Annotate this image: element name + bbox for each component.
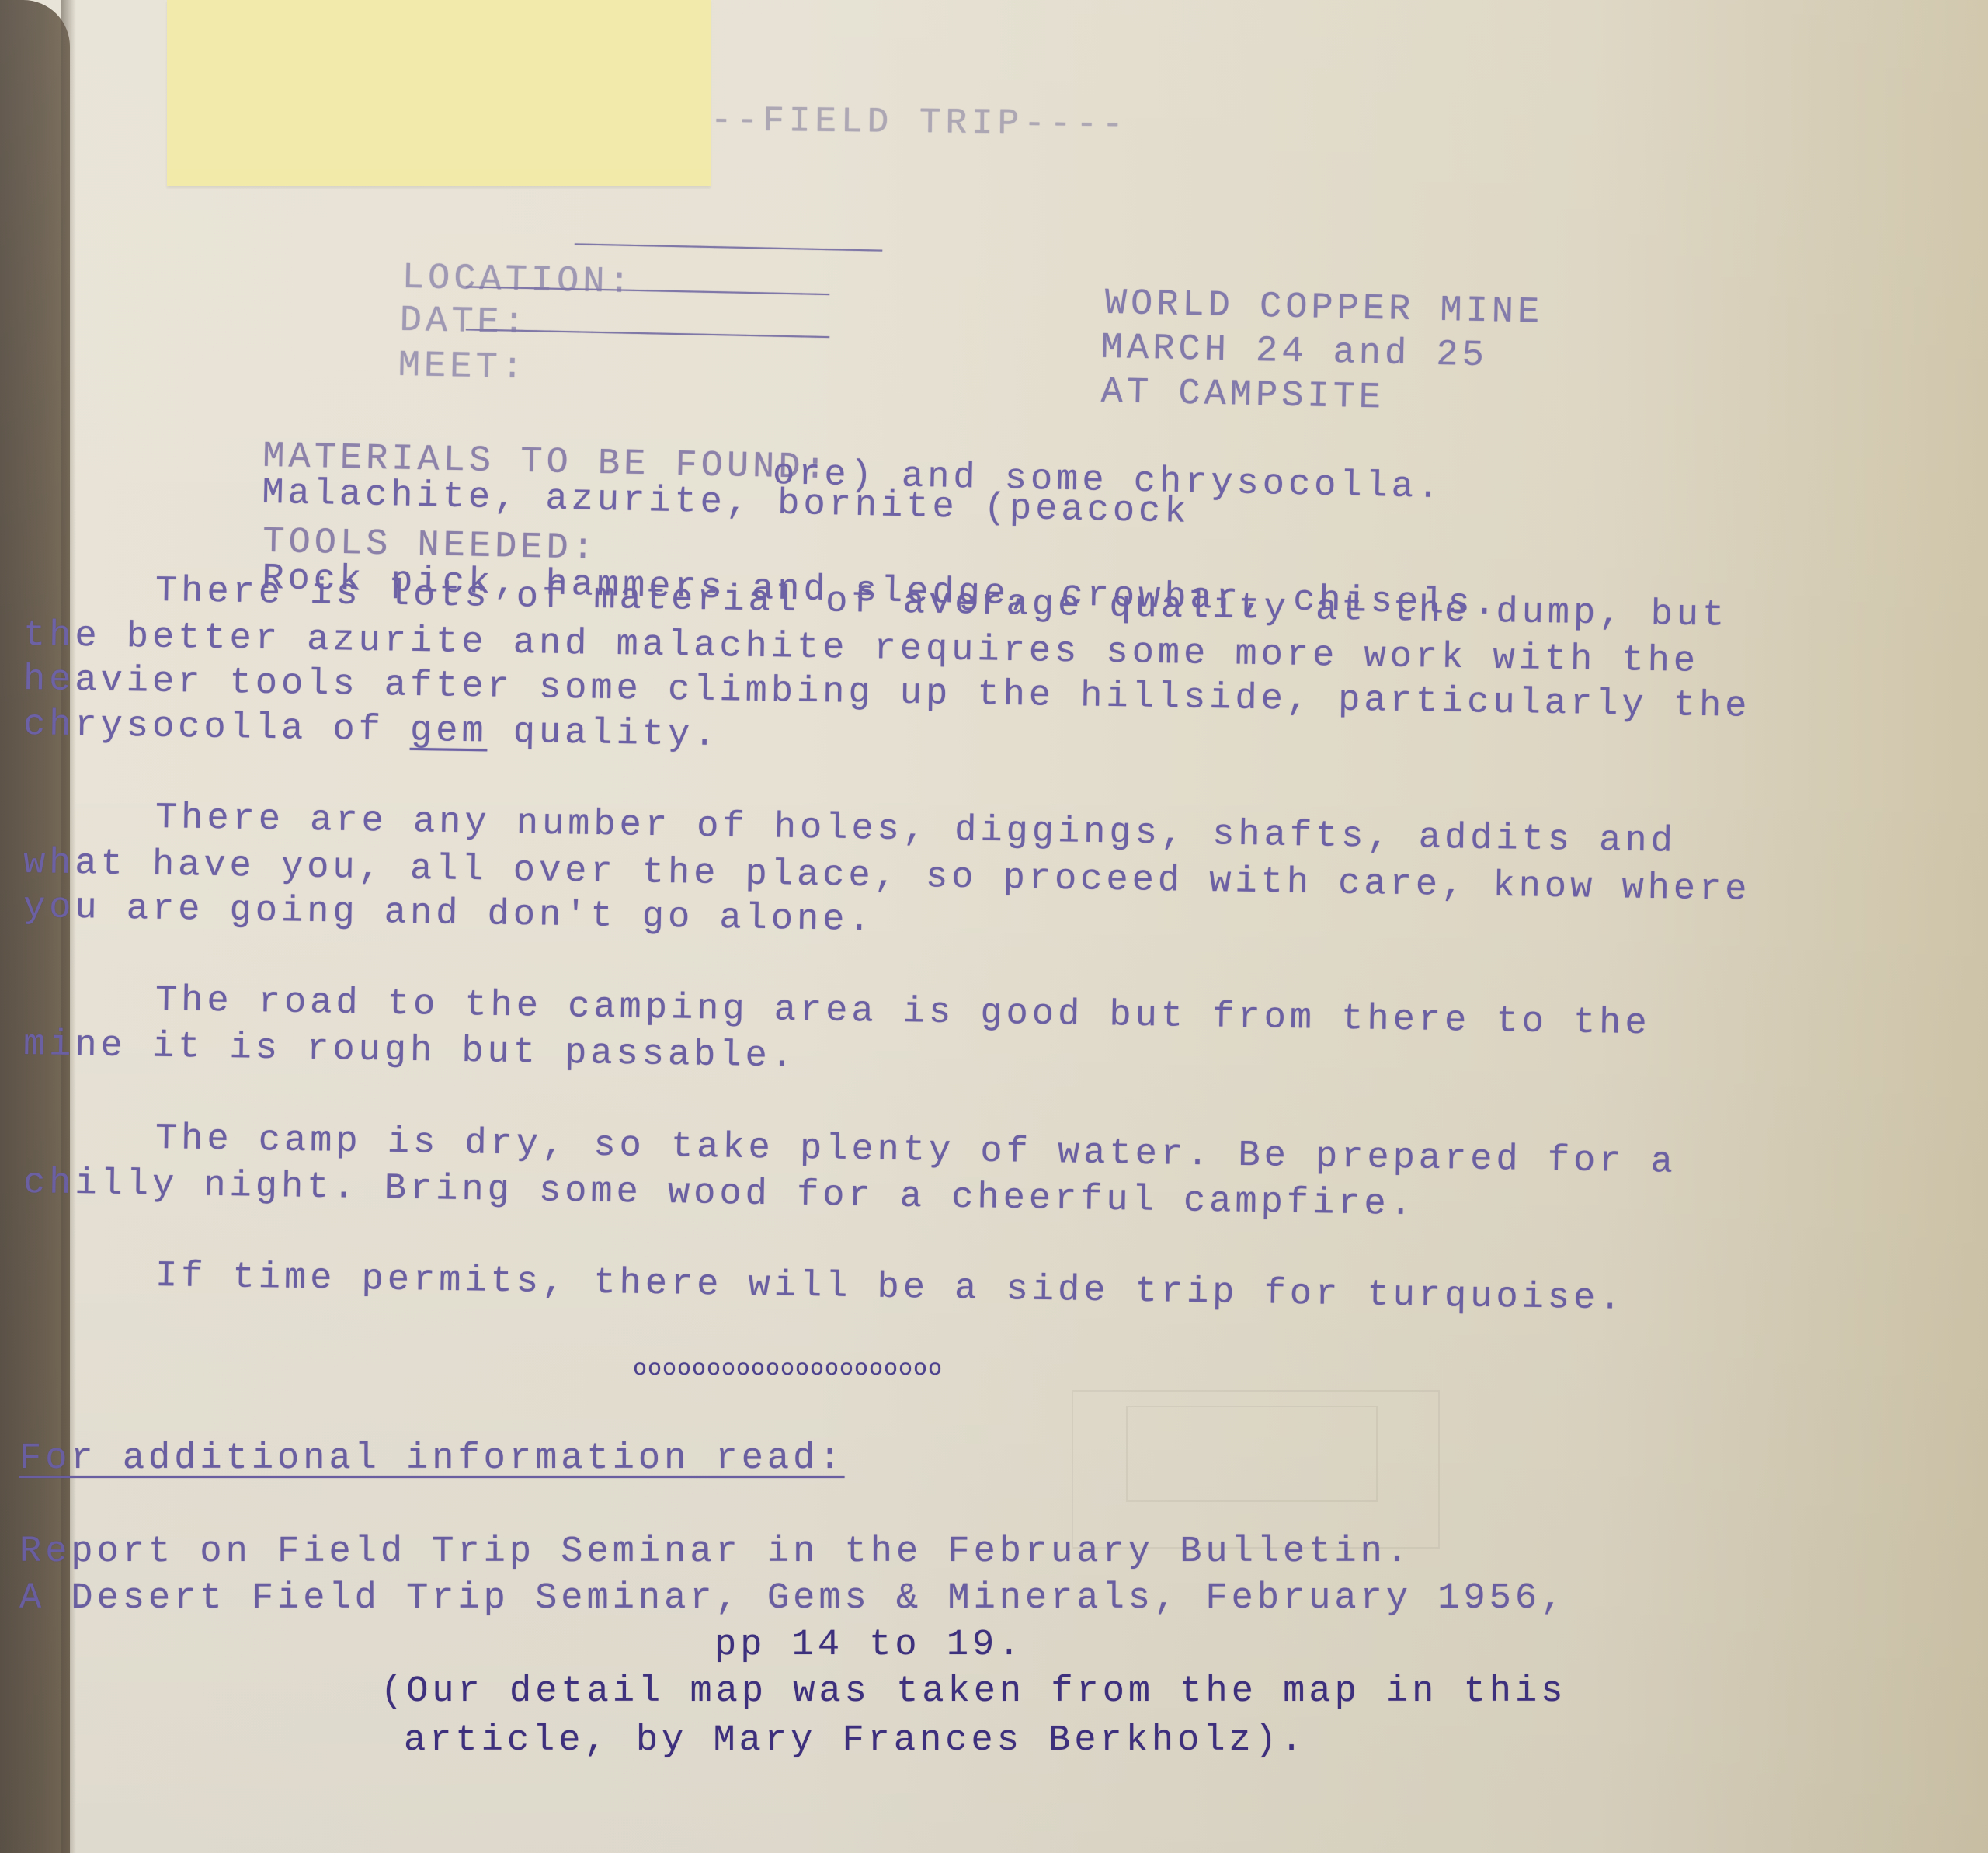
paragraph-1-line-4: chrysocolla of gem quality. [23,707,720,754]
reference-item-3: pp 14 to 19. [714,1627,1024,1664]
document-title: --FIELD TRIP---- [711,103,1128,143]
reference-item-1: Report on Field Trip Seminar in the Febr… [19,1534,1412,1570]
underlined-word: gem [410,711,488,753]
leader-dashes: —————————————————————— [575,233,883,262]
reference-note-line-2: article, by Mary Frances Berkholz). [404,1723,1306,1759]
references-heading: For additional information read: [19,1441,845,1477]
paragraph-3-line-2: mine it is rough but passable. [23,1027,798,1076]
sticky-note [167,0,711,186]
reference-item-2: A Desert Field Trip Seminar, Gems & Mine… [19,1580,1566,1617]
bleed-through-box [1072,1390,1440,1549]
typewritten-page: --FIELD TRIP---- LOCATION: —————————————… [0,0,1988,1853]
separator-row: ooooooooooooooooooooo [633,1358,943,1381]
paragraph-2-line-3: you are going and don't go alone. [23,889,874,939]
meta-value: AT CAMPSITE [1100,372,1385,419]
reference-note-line-1: (Our detail map was taken from the map i… [381,1674,1566,1710]
meta-label: MEET: [398,346,527,389]
paragraph-5-line-1: If time permits, there will be a side tr… [155,1258,1625,1318]
